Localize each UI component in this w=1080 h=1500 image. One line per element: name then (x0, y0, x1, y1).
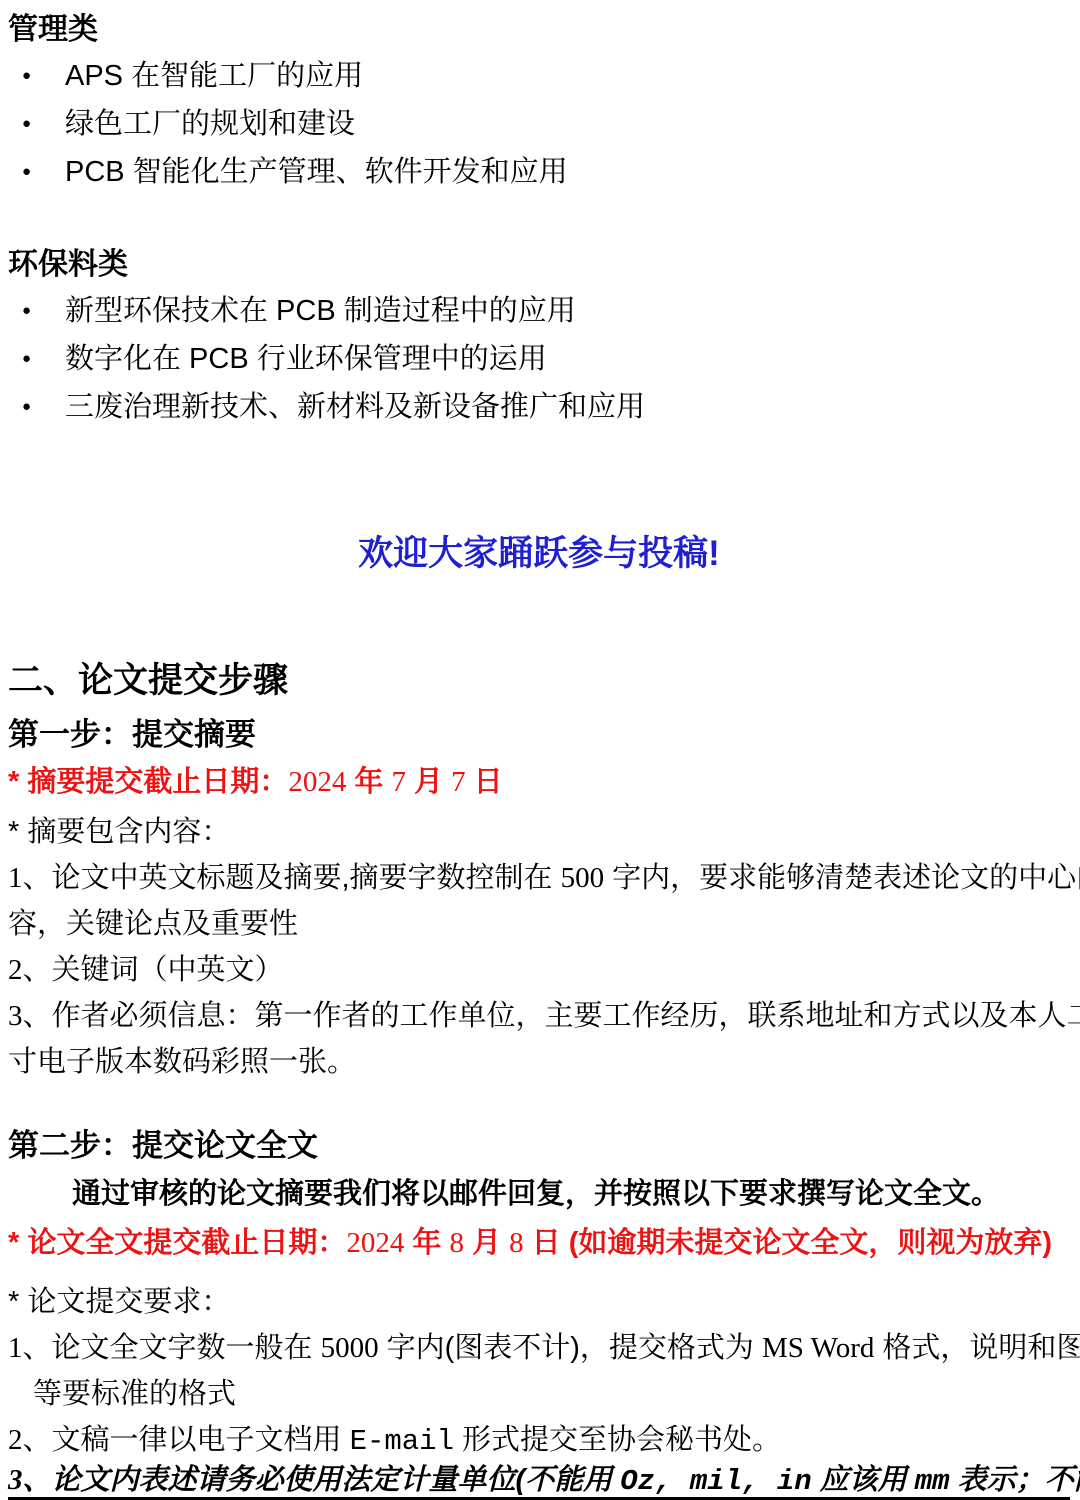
bullet-env-digital-text: 数字化在 PCB 行业环保管理中的运用 (65, 335, 547, 383)
bullet-icon: ● (8, 52, 65, 100)
abstract-deadline-text: 日 (466, 766, 503, 798)
requirement1-line1-text: MS Word (762, 1332, 874, 1364)
abstract-item3-line2-text: 寸电子版本数码彩照一张。 (8, 1046, 356, 1078)
requirement1-line1-text: 、论文全文字数一般在 (23, 1332, 321, 1364)
step2-heading-text: 第二步：提交论文全文 (8, 1128, 318, 1163)
step2-intro: 通过审核的论文摘要我们将以邮件回复，并按照以下要求撰写论文全文。 (8, 1169, 1070, 1219)
abstract-deadline-text: 7 (391, 766, 406, 798)
abstract-deadline: * 摘要提交截止日期：2024 年 7 月 7 日 (8, 758, 1070, 806)
step2-intro-text: 通过审核的论文摘要我们将以邮件回复，并按照以下要求撰写论文全文。 (72, 1178, 1000, 1210)
requirement1-line1-text: 1 (8, 1332, 23, 1364)
fulltext-deadline-text: 8 (509, 1227, 524, 1259)
abstract-item2: 2、关键词（中英文） (8, 947, 1070, 993)
abstract-item1-line1: 1、论文中英文标题及摘要,摘要字数控制在 500 字内，要求能够清楚表述论文的中… (8, 855, 1070, 901)
bullet-env-three-wastes-text: 三废治理新技术、新材料及新设备推广和应用 (65, 383, 645, 431)
welcome-banner: 欢迎大家踊跃参与投稿! (8, 526, 1070, 582)
abstract-item1-line1-text: 、论文中英文标题及摘要,摘要字数控制在 (23, 862, 561, 894)
requirement2-text: E-mail (350, 1425, 454, 1458)
fulltext-deadline: * 论文全文提交截止日期：2024 年 8 月 8 日 (如逾期未提交论文全文，… (8, 1219, 1070, 1267)
requirement2-text: 、文稿一律以电子文档用 (23, 1424, 350, 1456)
requirement3-text: 3 (8, 1464, 23, 1496)
requirement3-text: 表示；不能写 (950, 1464, 1080, 1496)
requirement3: 3、论文内表述请务必使用法定计量单位(不能用 Oz, mil, in 应该用 m… (8, 1465, 1070, 1500)
abstract-contents-label: * 摘要包含内容： (8, 809, 1070, 855)
requirement3-text: Oz, mil, in (620, 1465, 811, 1498)
cat-management-heading-text: 管理类 (8, 13, 98, 46)
bullet-env-new-tech: ●新型环保技术在 PCB 制造过程中的应用 (8, 287, 1070, 335)
abstract-deadline-text: 月 (406, 766, 451, 798)
bullet-env-three-wastes: ●三废治理新技术、新材料及新设备推广和应用 (8, 383, 1070, 431)
requirement3-text: 应该用 (812, 1464, 915, 1496)
submission-requirements-label: * 论文提交要求： (8, 1279, 1070, 1325)
bullet-pcb-smart-production: ●PCB 智能化生产管理、软件开发和应用 (8, 148, 1070, 196)
document-page: 管理类●APS 在智能工厂的应用●绿色工厂的规划和建设●PCB 智能化生产管理、… (0, 0, 1080, 1500)
bullet-icon: ● (8, 287, 65, 335)
step1-heading: 第一步：提交摘要 (8, 712, 1070, 758)
abstract-deadline-text: * 摘要提交截止日期： (8, 766, 288, 798)
abstract-item3-line1: 3、作者必须信息：第一作者的工作单位，主要工作经历，联系地址和方式以及本人二 (8, 993, 1070, 1039)
bullet-icon: ● (8, 335, 65, 383)
abstract-item1-line1-text: 字内，要求能够清楚表述论文的中心内 (604, 862, 1080, 894)
submission-requirements-label-text: * 论文提交要求： (8, 1286, 230, 1318)
requirement1-line1: 1、论文全文字数一般在 5000 字内(图表不计)，提交格式为 MS Word … (8, 1325, 1070, 1371)
requirement1-line2: 等要标准的格式 (8, 1371, 1070, 1417)
fulltext-deadline-text: 8 (449, 1227, 464, 1259)
abstract-deadline-text: 7 (451, 766, 466, 798)
bullet-icon: ● (8, 383, 65, 431)
section-title-submission-steps-text: 二、论文提交步骤 (8, 661, 288, 700)
bullet-pcb-smart-production-text: PCB 智能化生产管理、软件开发和应用 (65, 148, 568, 196)
requirement3-text: 、论文内表述请务必使用法定计量单位(不能用 (23, 1464, 621, 1496)
bullet-icon: ● (8, 148, 65, 196)
abstract-contents-label-text: * 摘要包含内容： (8, 816, 230, 848)
cat-management-heading: 管理类 (8, 8, 1070, 52)
requirement1-line1-text: 5000 (321, 1332, 379, 1364)
requirement1-line2-text: 等要标准的格式 (33, 1378, 236, 1410)
requirement2: 2、文稿一律以电子文档用 E-mail 形式提交至协会秘书处。 (8, 1417, 1070, 1465)
bullet-aps-smart-factory: ●APS 在智能工厂的应用 (8, 52, 1070, 100)
welcome-banner-text: 欢迎大家踊跃参与投稿! (358, 534, 720, 573)
step1-heading-text: 第一步：提交摘要 (8, 717, 256, 752)
requirement2-text: 形式提交至协会秘书处。 (454, 1424, 781, 1456)
abstract-item3-line2: 寸电子版本数码彩照一张。 (8, 1039, 1070, 1085)
abstract-item3-line1-text: 、作者必须信息：第一作者的工作单位，主要工作经历，联系地址和方式以及本人二 (23, 1000, 1080, 1032)
requirement1-line1-text: 字内(图表不计)，提交格式为 (379, 1332, 762, 1364)
bullet-green-factory: ●绿色工厂的规划和建设 (8, 100, 1070, 148)
requirement1-line1-text: 格式，说明和图表 (874, 1332, 1080, 1364)
bullet-env-new-tech-text: 新型环保技术在 PCB 制造过程中的应用 (65, 287, 576, 335)
cat-environment-heading-text: 环保料类 (8, 248, 128, 281)
bullet-green-factory-text: 绿色工厂的规划和建设 (65, 100, 355, 148)
step2-heading: 第二步：提交论文全文 (8, 1123, 1070, 1169)
requirement2-text: 2 (8, 1424, 23, 1456)
fulltext-deadline-text: 月 (464, 1227, 509, 1259)
bullet-env-digital: ●数字化在 PCB 行业环保管理中的运用 (8, 335, 1070, 383)
document-content: 管理类●APS 在智能工厂的应用●绿色工厂的规划和建设●PCB 智能化生产管理、… (8, 8, 1070, 1500)
cat-environment-heading: 环保料类 (8, 243, 1070, 287)
section-title-submission-steps: 二、论文提交步骤 (8, 655, 1070, 707)
fulltext-deadline-text: 2024 (346, 1227, 404, 1259)
abstract-item2-text: 、关键词（中英文） (23, 954, 284, 986)
abstract-item1-line1-text: 1 (8, 862, 23, 894)
fulltext-deadline-text: * 论文全文提交截止日期： (8, 1227, 346, 1259)
abstract-item2-text: 2 (8, 954, 23, 986)
abstract-deadline-text: 2024 (288, 766, 346, 798)
abstract-item1-line2-text: 容，关键论点及重要性 (8, 908, 298, 940)
bullet-icon: ● (8, 100, 65, 148)
fulltext-deadline-text: 年 (404, 1227, 449, 1259)
bullet-aps-smart-factory-text: APS 在智能工厂的应用 (65, 52, 363, 100)
abstract-item1-line1-text: 500 (561, 862, 605, 894)
requirement3-text: mm (915, 1465, 950, 1498)
abstract-deadline-text: 年 (346, 766, 391, 798)
fulltext-deadline-text: 日 (如逾期未提交论文全文，则视为放弃) (524, 1227, 1052, 1259)
abstract-item3-line1-text: 3 (8, 1000, 23, 1032)
abstract-item1-line2: 容，关键论点及重要性 (8, 901, 1070, 947)
